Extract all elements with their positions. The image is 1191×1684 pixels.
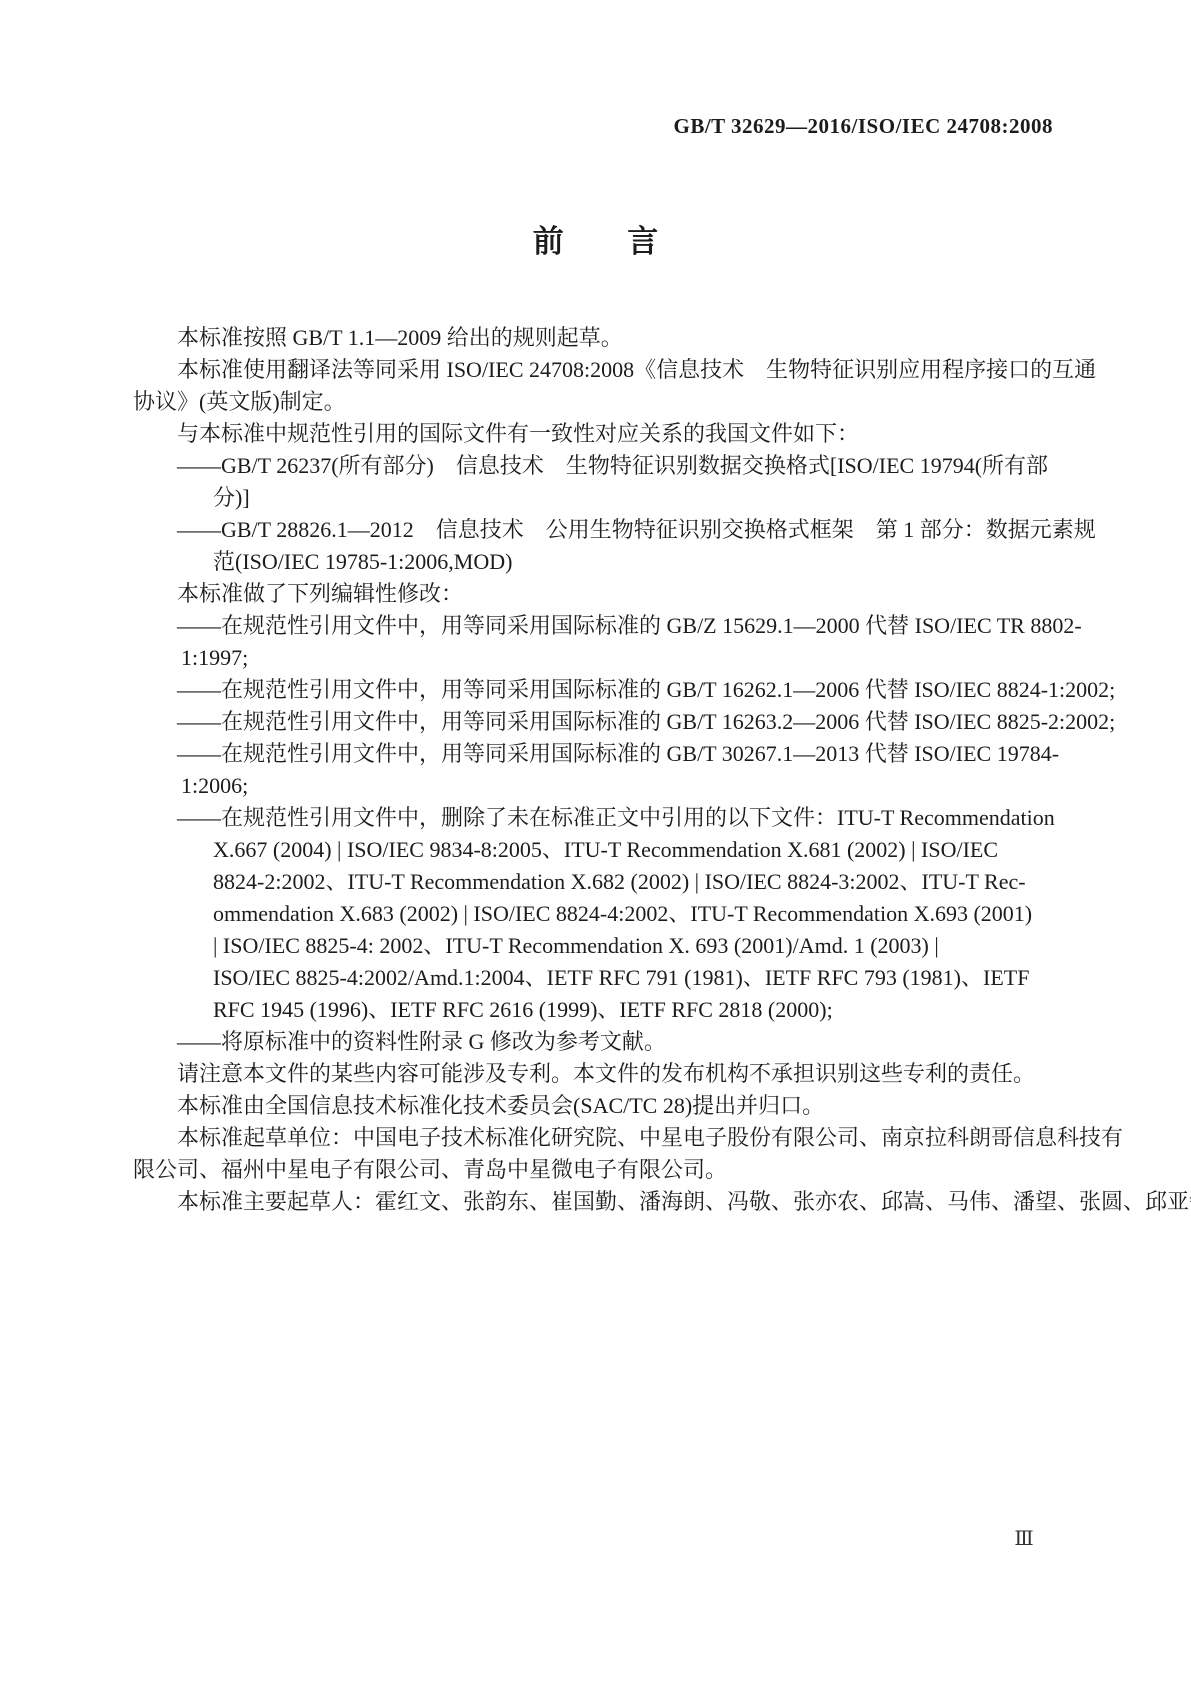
foreword-line: 8824-2:2002、ITU-T Recommendation X.682 (… [133,866,1063,898]
foreword-line: ——在规范性引用文件中，用等同采用国际标准的 GB/T 30267.1—2013… [133,738,1063,770]
foreword-line: 协议》(英文版)制定。 [133,386,1063,418]
foreword-line: ——在规范性引用文件中，用等同采用国际标准的 GB/Z 15629.1—2000… [133,610,1063,642]
foreword-line: 请注意本文件的某些内容可能涉及专利。本文件的发布机构不承担识别这些专利的责任。 [133,1058,1063,1090]
foreword-line: ISO/IEC 8825-4:2002/Amd.1:2004、IETF RFC … [133,962,1063,994]
foreword-line: X.667 (2004) | ISO/IEC 9834-8:2005、ITU-T… [133,834,1063,866]
foreword-line: ——GB/T 26237(所有部分) 信息技术 生物特征识别数据交换格式[ISO… [133,450,1063,482]
foreword-line: 范(ISO/IEC 19785-1:2006,MOD) [133,546,1063,578]
foreword-line: 1:1997; [133,642,1063,674]
foreword-line: ——将原标准中的资料性附录 G 修改为参考文献。 [133,1026,1063,1058]
page-title-wrap: 前言 [0,216,1191,261]
foreword-line: | ISO/IEC 8825-4: 2002、ITU-T Recommendat… [133,930,1063,962]
foreword-line: 限公司、福州中星电子有限公司、青岛中星微电子有限公司。 [133,1154,1063,1186]
foreword-line: 分)] [133,482,1063,514]
foreword-line: 本标准使用翻译法等同采用 ISO/IEC 24708:2008《信息技术 生物特… [133,354,1063,386]
foreword-line: 本标准主要起草人：霍红文、张韵东、崔国勤、潘海朗、冯敬、张亦农、邱嵩、马伟、潘望… [133,1186,1063,1218]
page-title: 前言 [469,216,722,261]
foreword-line: ——在规范性引用文件中，用等同采用国际标准的 GB/T 16263.2—2006… [133,706,1063,738]
foreword-line: 与本标准中规范性引用的国际文件有一致性对应关系的我国文件如下： [133,418,1063,450]
page-number: Ⅲ [1000,1526,1048,1551]
foreword-line: ——在规范性引用文件中，用等同采用国际标准的 GB/T 16262.1—2006… [133,674,1063,706]
foreword-line: RFC 1945 (1996)、IETF RFC 2616 (1999)、IET… [133,994,1063,1026]
document-page: { "document": { "header": "GB/T 32629—20… [0,0,1191,1684]
foreword-line: ——在规范性引用文件中，删除了未在标准正文中引用的以下文件：ITU-T Reco… [133,802,1063,834]
foreword-lines: 本标准按照 GB/T 1.1—2009 给出的规则起草。本标准使用翻译法等同采用… [133,322,1063,1218]
foreword-line: 1:2006; [133,770,1063,802]
foreword-line: ommendation X.683 (2002) | ISO/IEC 8824-… [133,898,1063,930]
standard-number-header: GB/T 32629—2016/ISO/IEC 24708:2008 [0,114,1053,139]
foreword-line: ——GB/T 28826.1—2012 信息技术 公用生物特征识别交换格式框架 … [133,514,1063,546]
foreword-line: 本标准做了下列编辑性修改： [133,578,1063,610]
foreword-line: 本标准由全国信息技术标准化技术委员会(SAC/TC 28)提出并归口。 [133,1090,1063,1122]
foreword-line: 本标准按照 GB/T 1.1—2009 给出的规则起草。 [133,322,1063,354]
foreword-line: 本标准起草单位：中国电子技术标准化研究院、中星电子股份有限公司、南京拉科朗哥信息… [133,1122,1063,1154]
